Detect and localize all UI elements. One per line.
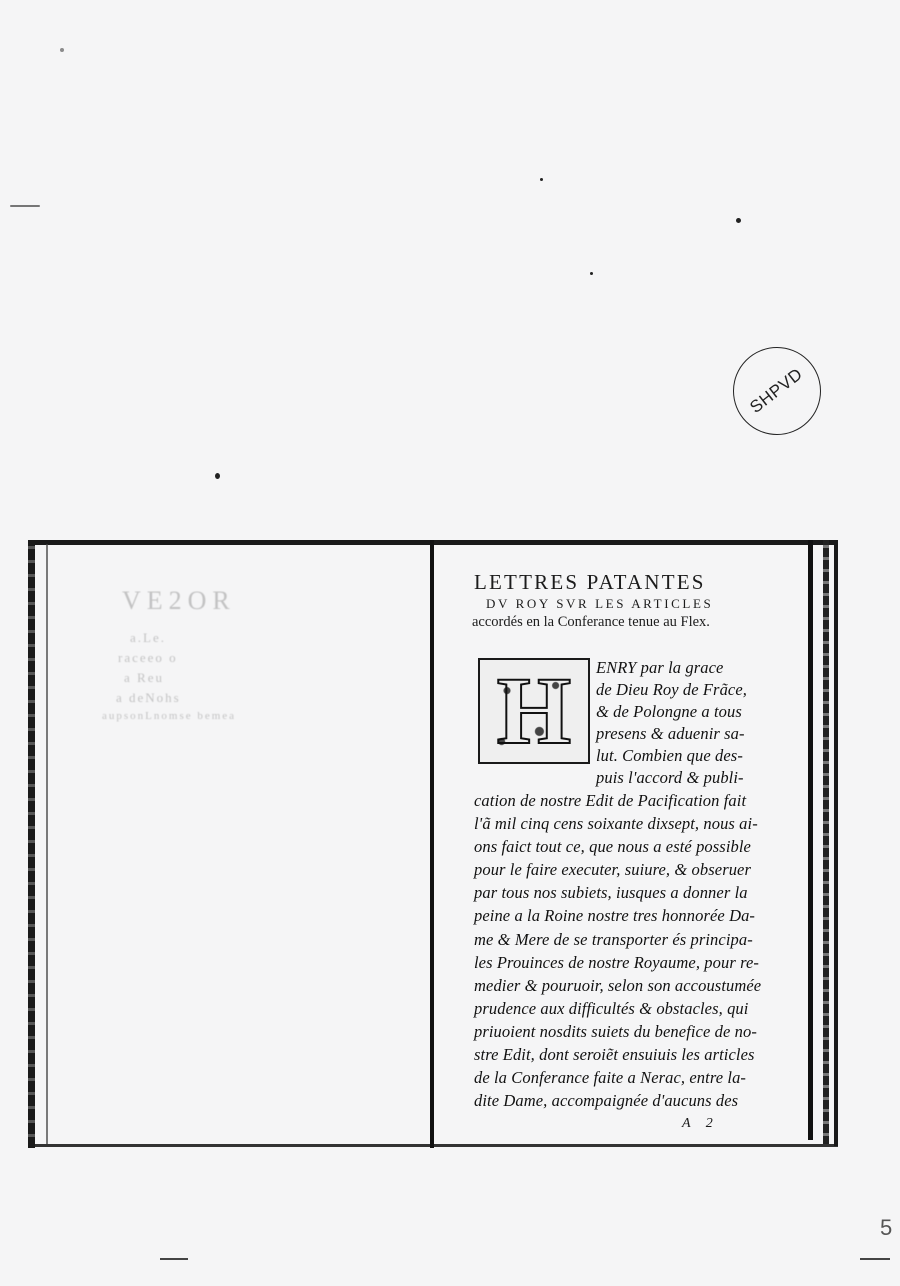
right-page: LETTRES PATANTES DV ROY SVR LES ARTICLES… [436, 546, 806, 1142]
text-line: peine a la Roine nostre tres honnorée Da… [474, 906, 755, 926]
signature-mark: A 2 [682, 1116, 719, 1132]
scan-speck [10, 205, 40, 207]
scan-speck [215, 473, 220, 479]
scan-speck [540, 178, 543, 181]
book-spread: VE2OR a.Le. raceeo o a Reu a deNohs aups… [28, 540, 840, 1150]
text-line: ENRY par la grace [596, 658, 723, 678]
scan-speck [60, 48, 64, 52]
text-line: pour le faire executer, suiure, & obseru… [474, 860, 751, 880]
title-line-2: DV ROY SVR LES ARTICLES [486, 596, 713, 612]
ghost-text: a Reu [124, 670, 164, 686]
title-line-3: accordés en la Conferance tenue au Flex. [472, 614, 710, 631]
text-line: stre Edit, dont seroiẽt ensuiuis les art… [474, 1045, 755, 1065]
ghost-text: raceeo o [118, 650, 178, 666]
left-page: VE2OR a.Le. raceeo o a Reu a deNohs aups… [50, 546, 428, 1142]
text-line: medier & pouruoir, selon son accoustumée [474, 976, 761, 996]
book-gutter [430, 540, 434, 1148]
text-line: les Prouinces de nostre Royaume, pour re… [474, 953, 759, 973]
text-line: dite Dame, accompaignée d'aucuns des [474, 1091, 738, 1111]
text-line: par tous nos subiets, iusques a donner l… [474, 883, 748, 903]
text-line: & de Polongne a tous [596, 702, 742, 722]
text-line: prudence aux difficultés & obstacles, qu… [474, 999, 748, 1019]
ghost-text: a.Le. [130, 630, 166, 646]
title-line-1: LETTRES PATANTES [474, 570, 706, 595]
page-edge [834, 540, 838, 1146]
initial-letter: H [497, 663, 572, 759]
text-line: puis l'accord & publi- [596, 768, 744, 788]
text-line: ons faict tout ce, que nous a esté possi… [474, 837, 751, 857]
text-line: me & Mere de se transporter és principa- [474, 930, 753, 950]
ghost-text: VE2OR [122, 586, 236, 616]
library-stamp: SHPVD [733, 347, 821, 435]
scan-mark [160, 1258, 188, 1260]
scan-speck [590, 272, 593, 275]
ghost-text: a deNohs [116, 690, 181, 706]
frame-left-border [28, 540, 35, 1148]
page-number: 5 [880, 1215, 892, 1241]
stamp-text: SHPVD [747, 364, 807, 417]
text-line: de Dieu Roy de Frãce, [596, 680, 747, 700]
ghost-text: aupsonLnomse bemea [102, 710, 236, 722]
text-line: de la Conferance faite a Nerac, entre la… [474, 1068, 746, 1088]
page-edge [823, 540, 829, 1144]
text-line: l'ã mil cinq cens soixante dixsept, nous… [474, 814, 758, 834]
text-line: presens & aduenir sa- [596, 724, 745, 744]
decorated-initial: H [478, 658, 590, 764]
scan-mark [860, 1258, 890, 1260]
scan-speck [736, 218, 741, 223]
text-line: cation de nostre Edit de Pacification fa… [474, 791, 746, 811]
text-line: lut. Combien que des- [596, 746, 743, 766]
page-edge [808, 540, 813, 1140]
frame-bottom-border [30, 1144, 838, 1147]
frame-left-inner-border [46, 544, 48, 1144]
frame-top-border [30, 540, 838, 545]
text-line: priuoient nosdits suiets du benefice de … [474, 1022, 757, 1042]
